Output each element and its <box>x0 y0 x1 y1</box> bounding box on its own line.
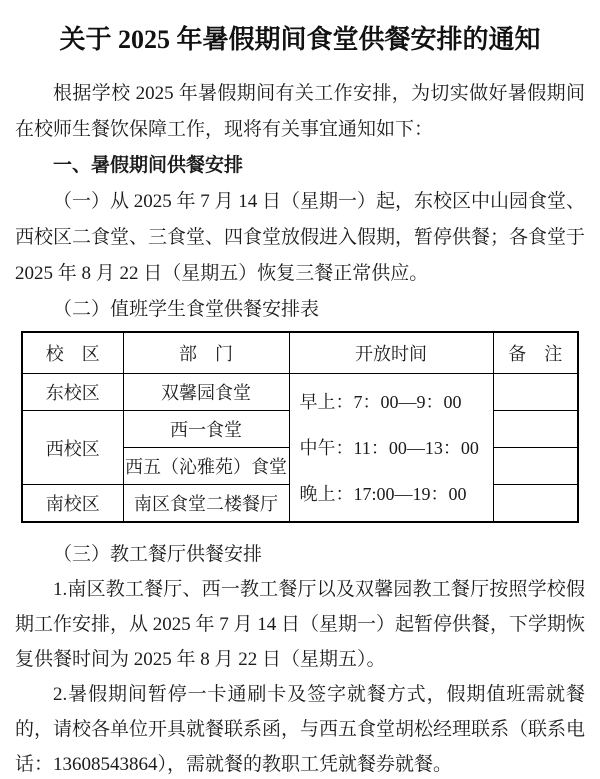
cell-remark-4 <box>493 485 578 523</box>
intro-paragraph: 根据学校 2025 年暑假期间有关工作安排，为切实做好暑假期间在校师生餐饮保障工… <box>15 76 585 148</box>
item-2-heading: （二）值班学生食堂供餐安排表 <box>15 292 585 328</box>
staff-canteen-paragraph-2: 2.暑假期间暂停一卡通刷卡及签字就餐方式，假期值班需就餐的，请校各单位开具就餐联… <box>15 677 585 779</box>
header-campus: 校 区 <box>22 332 123 374</box>
item-3-heading: （三）教工餐厅供餐安排 <box>15 537 585 572</box>
document-title: 关于 2025 年暑假期间食堂供餐安排的通知 <box>21 23 579 56</box>
cell-dept-xiwu: 西五（沁雅苑）食堂 <box>123 448 289 485</box>
cell-open-time: 早上：7：00—9：00 中午：11：00—13：00 晚上：17:00—19：… <box>289 374 493 523</box>
cell-remark-1 <box>493 374 578 411</box>
dining-schedule-table: 校 区 部 门 开放时间 备 注 东校区 双馨园食堂 早上：7：00—9：00 … <box>21 331 579 523</box>
cell-remark-2 <box>493 411 578 448</box>
open-time-noon: 中午：11：00—13：00 <box>300 425 493 471</box>
open-time-morning: 早上：7：00—9：00 <box>300 379 493 425</box>
table-row: 东校区 双馨园食堂 早上：7：00—9：00 中午：11：00—13：00 晚上… <box>22 374 578 411</box>
table-header-row: 校 区 部 门 开放时间 备 注 <box>22 332 578 374</box>
open-time-evening: 晚上：17:00—19：00 <box>300 471 493 517</box>
header-department: 部 门 <box>123 332 289 374</box>
section-1-heading: 一、暑假期间供餐安排 <box>15 148 585 184</box>
cell-remark-3 <box>493 448 578 485</box>
header-remark: 备 注 <box>493 332 578 374</box>
item-1-paragraph: （一）从 2025 年 7 月 14 日（星期一）起，东校区中山园食堂、西校区二… <box>15 184 585 292</box>
cell-dept-shuangxinyuan: 双馨园食堂 <box>123 374 289 411</box>
notice-document: 关于 2025 年暑假期间食堂供餐安排的通知 根据学校 2025 年暑假期间有关… <box>0 23 600 779</box>
header-open-time: 开放时间 <box>289 332 493 374</box>
cell-campus-west: 西校区 <box>22 411 123 485</box>
staff-canteen-paragraph-1: 1.南区教工餐厅、西一教工餐厅以及双馨园教工餐厅按照学校假期工作安排，从 202… <box>15 572 585 677</box>
page: { "doc": { "title": "关于 2025 年暑假期间食堂供餐安排… <box>0 0 600 779</box>
cell-campus-east: 东校区 <box>22 374 123 411</box>
cell-dept-nanqu: 南区食堂二楼餐厅 <box>123 485 289 523</box>
cell-campus-south: 南校区 <box>22 485 123 523</box>
cell-dept-xiyi: 西一食堂 <box>123 411 289 448</box>
